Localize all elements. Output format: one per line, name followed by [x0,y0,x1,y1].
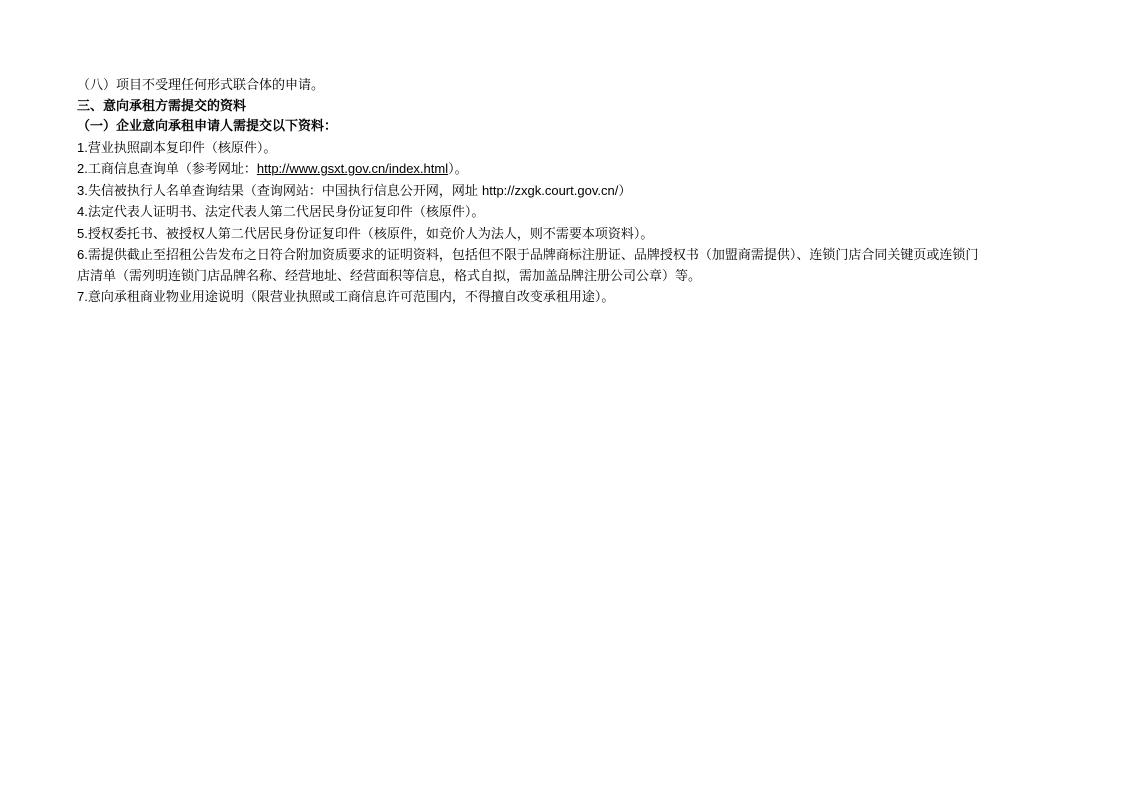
requirement-text-end: ） [618,184,631,199]
requirement-number: 1. [77,140,88,155]
requirement-text: 店清单（需列明连锁门店品牌名称、经营地址、经营面积等信息，格式自拟，需加盖品牌注… [77,269,701,284]
requirement-text: 授权委托书、被授权人第二代居民身份证复印件（核原件，如竞价人为法人，则不需要本项… [88,227,654,242]
requirement-3: 3.失信被执行人名单查询结果（查询网站：中国执行信息公开网，网址 http://… [77,181,1052,203]
zxgk-url: http://zxgk.court.gov.cn/ [482,183,618,198]
document-page: （八）项目不受理任何形式联合体的申请。 三、意向承租方需提交的资料 （一）企业意… [77,76,1052,309]
requirement-text: 意向承租商业物业用途说明（限营业执照或工商信息许可范围内，不得擅自改变承租用途）… [88,290,615,305]
requirement-number: 2. [77,161,88,176]
requirement-number: 5. [77,226,88,241]
gsxt-link[interactable]: http://www.gsxt.gov.cn/index.html [257,161,448,176]
requirement-text: 需提供截止至招租公告发布之日符合附加资质要求的证明资料，包括但不限于品牌商标注册… [88,248,979,263]
requirement-4: 4.法定代表人证明书、法定代表人第二代居民身份证复印件（核原件）。 [77,202,1052,224]
requirement-7: 7.意向承租商业物业用途说明（限营业执照或工商信息许可范围内，不得擅自改变承租用… [77,287,1052,309]
requirement-text: 失信被执行人名单查询结果（查询网站：中国执行信息公开网，网址 [88,184,482,199]
requirement-5: 5.授权委托书、被授权人第二代居民身份证复印件（核原件，如竞价人为法人，则不需要… [77,224,1052,246]
requirement-number: 6. [77,247,88,262]
requirement-text: 工商信息查询单（参考网址： [88,162,257,177]
requirement-text: 法定代表人证明书、法定代表人第二代居民身份证复印件（核原件）。 [88,205,485,220]
requirement-number: 3. [77,183,88,198]
requirement-number: 4. [77,204,88,219]
section-3-heading: 三、意向承租方需提交的资料 [77,97,1052,118]
item-8-text: （八）项目不受理任何形式联合体的申请。 [77,76,1052,97]
requirement-text-end: ）。 [448,162,468,177]
subsection-1-heading: （一）企业意向承租申请人需提交以下资料： [77,117,1052,138]
requirement-number: 7. [77,289,88,304]
requirement-6: 6.需提供截止至招租公告发布之日符合附加资质要求的证明资料，包括但不限于品牌商标… [77,245,1052,267]
requirement-1: 1.营业执照副本复印件（核原件）。 [77,138,1052,160]
requirement-text: 营业执照副本复印件（核原件）。 [88,141,277,156]
requirement-2: 2.工商信息查询单（参考网址：http://www.gsxt.gov.cn/in… [77,159,1052,181]
requirement-6-continued: 店清单（需列明连锁门店品牌名称、经营地址、经营面积等信息，格式自拟，需加盖品牌注… [77,267,1052,288]
